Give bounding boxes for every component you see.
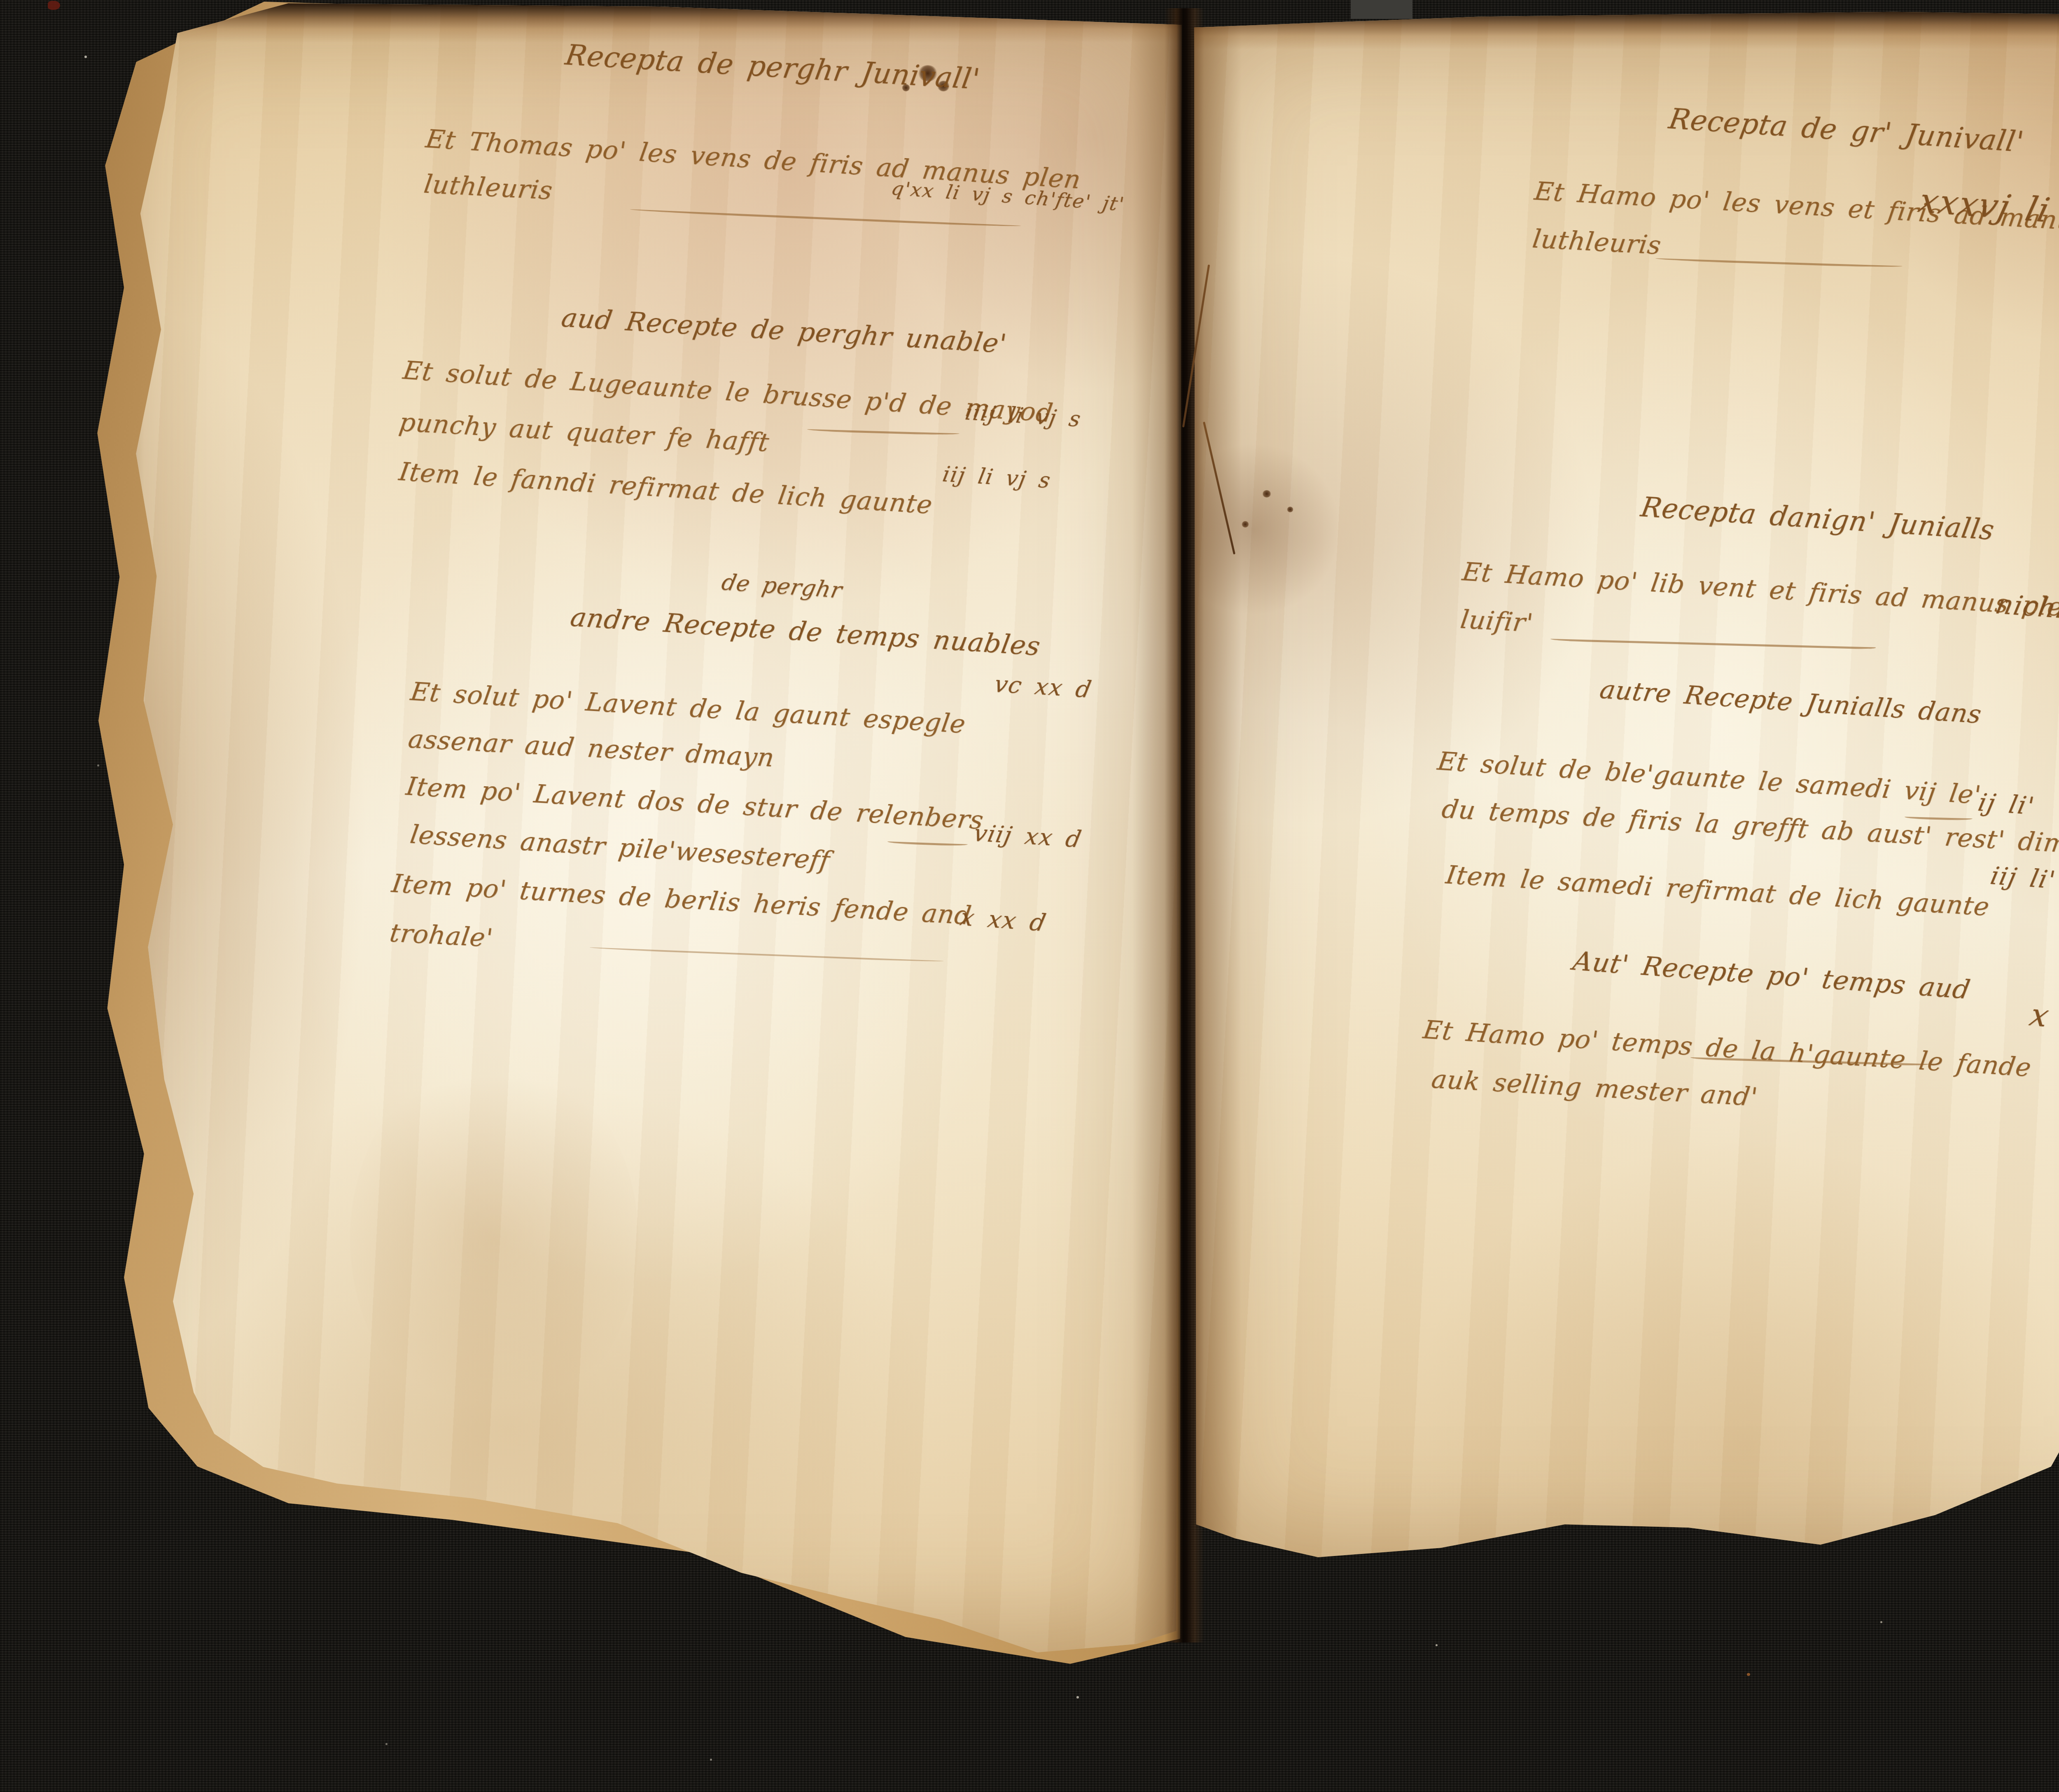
entry-line: Item po' turnes de berlis heris fende an… (390, 868, 973, 930)
manuscript-photo: Recepta de perghr Junivall' Et Thomas po… (0, 0, 2059, 1792)
right-page: Recepta de gr' Junivall' Et Hamo po' les… (1192, 10, 2059, 1571)
dust-speck (1880, 1621, 1882, 1623)
entry-line: trohale' (388, 918, 495, 953)
dust-speck (97, 764, 99, 766)
dust-speck (1076, 1696, 1079, 1699)
ink-dots (1242, 521, 1249, 528)
entry-line: luifir' (1459, 604, 1535, 638)
section-heading: Aut' Recepte po' temps aud (1571, 946, 1973, 1005)
amount: x xx d' (2026, 996, 2059, 1042)
dust-speck (84, 56, 87, 58)
amount: iiij li vj s (963, 400, 1083, 432)
amount: nichil' (1993, 589, 2059, 626)
section-heading-small: de perghr (719, 569, 845, 603)
amount: vc xx d (992, 671, 1094, 703)
amount: iij li vj s (941, 462, 1053, 493)
entry-line: luthleuris (1531, 224, 1663, 260)
entry-line: punchy aut quater fe hafft (397, 407, 771, 458)
underline-flourish (1550, 639, 1876, 650)
ink-dots (1262, 490, 1271, 498)
dust-speck (710, 1759, 712, 1761)
underline-flourish (1655, 258, 1903, 268)
pen-stroke (887, 841, 968, 846)
section-heading: autre Recepte Junialls dans (1598, 674, 1984, 729)
entry-line: auk selling mester and' (1430, 1064, 1760, 1112)
entry-line: luthleuris (422, 169, 555, 206)
pen-stroke (590, 947, 944, 963)
underline-flourish (630, 209, 1021, 228)
left-page: Recepta de perghr Junivall' Et Thomas po… (95, 3, 1182, 1659)
section-heading: andre Recepte de temps nuables (568, 602, 1043, 662)
section-heading: aud Recepte de perghr unable' (559, 303, 1009, 360)
entry-line: Et Hamo po' lib vent et firis ad manus p… (1460, 556, 2059, 626)
paint-fleck (1747, 1673, 1750, 1676)
amount: iij li' (1988, 861, 2058, 894)
ink-dots (1287, 507, 1293, 512)
entry-line: Item le samedi refirmat de lich gaunte (1444, 860, 1991, 922)
amount: x xx d (958, 903, 1049, 937)
entry-line: assenar aud nester dmayn (406, 724, 777, 773)
section-heading: Recepta de gr' Junivall' (1666, 103, 2026, 159)
entry-line: lessens anastr pile'wesestereff (408, 819, 832, 876)
dust-speck (385, 1743, 388, 1745)
water-stain (350, 1054, 638, 1424)
scan-artifact (1351, 0, 1412, 19)
amount: ij li' (1975, 788, 2037, 820)
section-heading: Recepta de perghr Junivall' (563, 39, 982, 96)
pen-stroke (807, 429, 959, 435)
gutter-crease-shadow (1165, 8, 1204, 1642)
section-heading: Recepta danign' Junialls (1639, 491, 1997, 546)
entry-line: Item le fanndi refirmat de lich gaunte (397, 456, 935, 520)
dust-speck (1436, 1644, 1438, 1646)
red-mark (48, 1, 60, 10)
amount: viij xx d (971, 820, 1084, 853)
